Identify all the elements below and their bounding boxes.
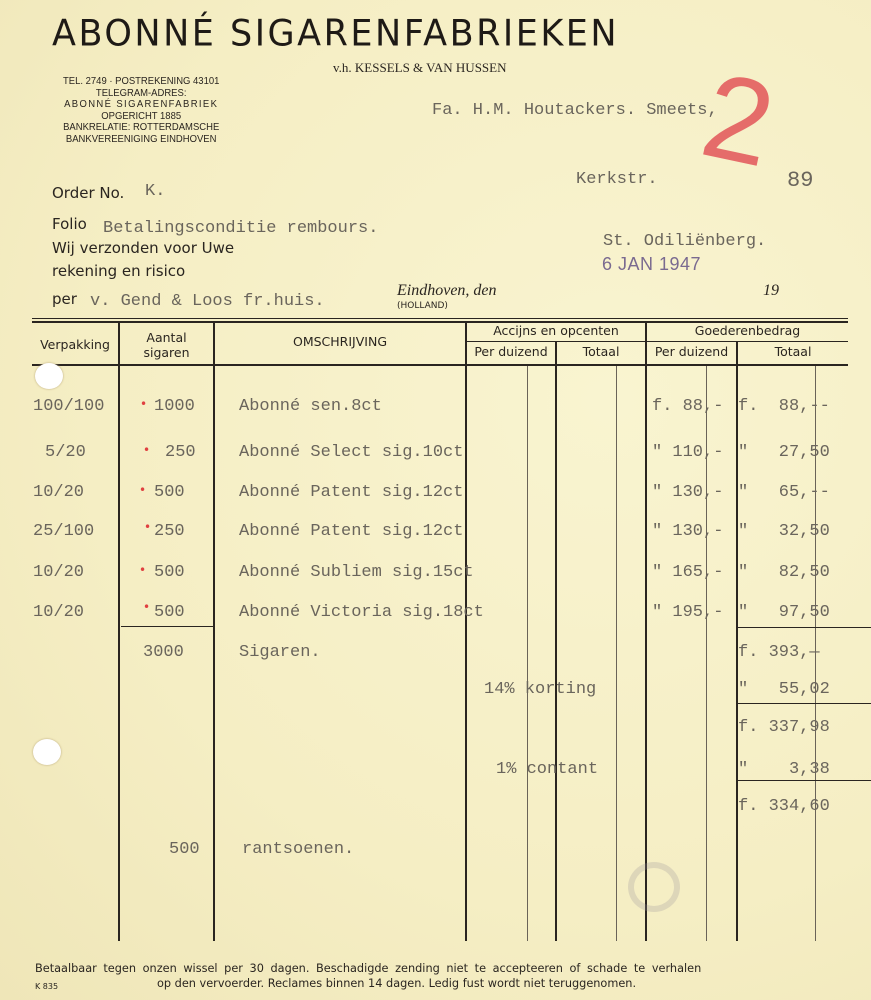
contact-line: ABONNÉ SIGARENFABRIEK — [40, 99, 242, 111]
folio-value: Betalingsconditie rembours. — [103, 219, 378, 238]
col-divider — [736, 341, 738, 941]
cell-totaal: " 97,50 — [738, 603, 830, 622]
cell-verpakking: 10/20 — [33, 603, 84, 622]
cell-verpakking: 10/20 — [33, 483, 84, 502]
stamp-smudge — [628, 862, 680, 912]
country-label: (HOLLAND) — [397, 301, 448, 311]
cash-discount-amount: " 3,38 — [738, 760, 830, 779]
red-check-mark: • — [139, 483, 146, 497]
company-contact-block: TEL. 2749 · POSTREKENING 43101 TELEGRAM-… — [40, 76, 242, 146]
cell-aantal: 1000 — [154, 397, 195, 416]
recipient-street: Kerkstr. — [576, 170, 658, 189]
header-omschrijving: OMSCHRIJVING — [215, 334, 465, 349]
carrier-value: v. Gend & Loos fr.huis. — [90, 292, 325, 311]
cents-divider — [527, 366, 528, 941]
per-label: per — [52, 290, 77, 308]
recipient-number: 89 — [787, 168, 813, 193]
shipped-line-2: rekening en risico — [52, 262, 185, 280]
red-check-mark: • — [144, 520, 151, 534]
cell-per-duizend: " 110,- — [652, 443, 723, 462]
red-check-mark: • — [139, 563, 146, 577]
discount-amount: " 55,02 — [738, 680, 830, 699]
punch-hole — [33, 739, 61, 765]
red-check-mark: • — [140, 397, 147, 411]
recipient-city: St. Odiliënberg. — [603, 232, 766, 251]
cell-per-duizend: " 165,- — [652, 563, 723, 582]
cell-omschrijving: Abonné Victoria sig.18ct — [239, 603, 484, 622]
cell-totaal: " 32,50 — [738, 522, 830, 541]
cell-per-duizend: " 130,- — [652, 522, 723, 541]
year-prefix: 19 — [763, 282, 779, 300]
header-aantal: Aantal sigaren — [120, 330, 213, 360]
header-accijns: Accijns en opcenten — [467, 323, 645, 338]
recipient-name: Fa. H.M. Houtackers. Smeets, — [432, 101, 718, 120]
subtotal-amount: f. 393,— — [738, 643, 820, 662]
count-sum-rule — [121, 626, 213, 627]
cash-sum-rule — [737, 780, 871, 781]
order-value: K. — [145, 182, 165, 201]
after-discount-amount: f. 337,98 — [738, 718, 830, 737]
header-aantal-line1: Aantal — [120, 330, 213, 345]
table-subheader-rule — [465, 341, 848, 342]
place-label: Eindhoven, den — [397, 282, 497, 300]
red-check-mark: • — [143, 443, 150, 457]
cell-verpakking: 100/100 — [33, 397, 104, 416]
footer-terms-line1: Betaalbaar tegen onzen wissel per 30 dag… — [35, 962, 701, 975]
date-stamp: 6 JAN 1947 — [602, 254, 701, 275]
cell-aantal: 500 — [154, 603, 185, 622]
cell-aantal: 500 — [154, 563, 185, 582]
contact-line: TEL. 2749 · POSTREKENING 43101 — [40, 76, 242, 88]
cents-divider — [616, 366, 617, 941]
contact-line: BANKRELATIE: ROTTERDAMSCHE — [40, 122, 242, 134]
col-divider — [555, 341, 557, 941]
footer-terms-line2: op den vervoerder. Reclames binnen 14 da… — [157, 977, 636, 990]
order-label: Order No. — [52, 184, 124, 202]
cell-omschrijving: Abonné Subliem sig.15ct — [239, 563, 474, 582]
discount-label: 14% korting — [484, 680, 596, 699]
ration-count: 500 — [169, 840, 200, 859]
header-accijns-totaal: Totaal — [557, 344, 645, 359]
cell-per-duizend: f. 88,- — [652, 397, 723, 416]
cell-totaal: " 65,-- — [738, 483, 830, 502]
header-goederen: Goederenbedrag — [647, 323, 848, 338]
cell-aantal: 250 — [165, 443, 196, 462]
col-divider — [213, 321, 215, 941]
cash-discount-label: 1% contant — [496, 760, 598, 779]
cell-aantal: 250 — [154, 522, 185, 541]
ration-label: rantsoenen. — [242, 840, 354, 859]
col-divider — [118, 321, 120, 941]
cell-aantal: 500 — [154, 483, 185, 502]
cell-per-duizend: " 130,- — [652, 483, 723, 502]
punch-hole — [35, 363, 63, 389]
cell-omschrijving: Abonné Select sig.10ct — [239, 443, 463, 462]
cell-verpakking: 25/100 — [33, 522, 94, 541]
cell-omschrijving: Abonné Patent sig.12ct — [239, 483, 463, 502]
discount-sum-rule — [737, 703, 871, 704]
form-code: K 835 — [35, 982, 58, 991]
table-top-rule — [32, 318, 848, 319]
cell-omschrijving: Abonné Patent sig.12ct — [239, 522, 463, 541]
shipped-line-1: Wij verzonden voor Uwe — [52, 239, 234, 257]
header-goederen-per-duizend: Per duizend — [647, 344, 736, 359]
folio-label: Folio — [52, 215, 87, 233]
total-count: 3000 — [143, 643, 184, 662]
cell-omschrijving: Abonné sen.8ct — [239, 397, 382, 416]
col-divider — [465, 321, 467, 941]
header-accijns-per-duizend: Per duizend — [467, 344, 555, 359]
cell-totaal: f. 88,-- — [738, 397, 830, 416]
company-title: ABONNÉ SIGARENFABRIEKEN — [52, 13, 619, 55]
contact-line: BANKVEREENIGING EINDHOVEN — [40, 134, 242, 146]
cell-verpakking: 10/20 — [33, 563, 84, 582]
company-predecessor: v.h. KESSELS & VAN HUSSEN — [333, 60, 507, 76]
header-aantal-line2: sigaren — [120, 345, 213, 360]
contact-line: OPGERICHT 1885 — [40, 111, 242, 123]
red-check-mark: • — [143, 600, 150, 614]
table-header-bottom-rule — [32, 364, 848, 366]
header-goederen-totaal: Totaal — [738, 344, 848, 359]
cell-totaal: " 82,50 — [738, 563, 830, 582]
cell-verpakking: 5/20 — [45, 443, 86, 462]
cell-totaal: " 27,50 — [738, 443, 830, 462]
col-divider — [645, 321, 647, 941]
amount-sum-rule — [737, 627, 871, 628]
contact-line: TELEGRAM-ADRES: — [40, 88, 242, 100]
header-verpakking: Verpakking — [32, 337, 118, 352]
total-label: Sigaren. — [239, 643, 321, 662]
cell-per-duizend: " 195,- — [652, 603, 723, 622]
grand-total-amount: f. 334,60 — [738, 797, 830, 816]
